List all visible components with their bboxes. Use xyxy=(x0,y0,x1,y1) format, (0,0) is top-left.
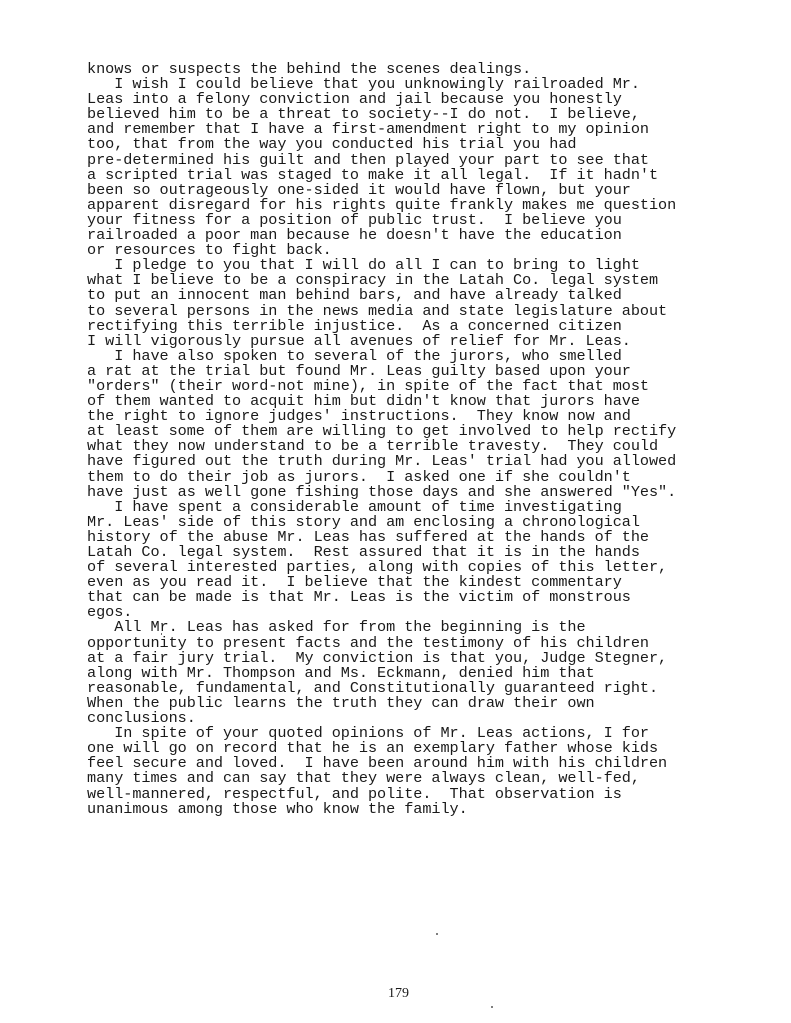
page-number: 179 xyxy=(0,986,791,1002)
scan-speck xyxy=(491,1006,493,1008)
document-page: knows or suspects the behind the scenes … xyxy=(0,0,791,1023)
text-line: that can be made is that Mr. Leas is the… xyxy=(87,590,767,605)
letter-body: knows or suspects the behind the scenes … xyxy=(87,62,767,817)
text-line: unanimous among those who know the famil… xyxy=(87,802,767,817)
scan-speck xyxy=(436,933,438,935)
scan-speck xyxy=(161,633,162,635)
